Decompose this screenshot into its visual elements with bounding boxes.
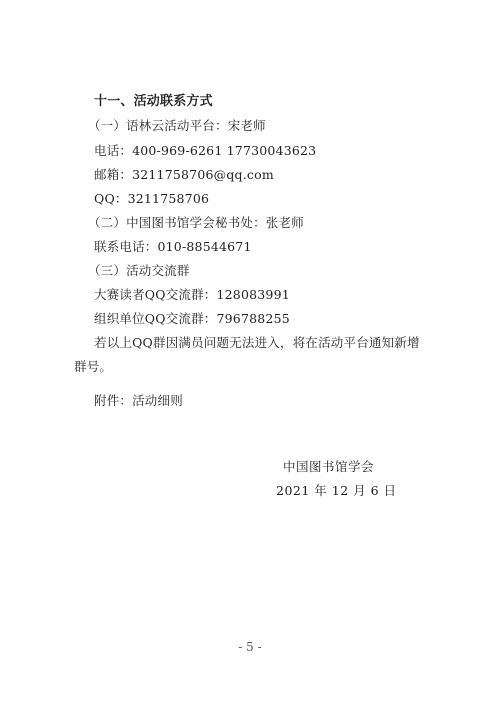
group-note-line1: 若以上QQ群因满员问题无法进入，将在活动平台通知新增 xyxy=(94,335,420,351)
contact2-phone: 联系电话：010-88544671 xyxy=(94,239,252,255)
section-heading: 十一、活动联系方式 xyxy=(94,94,213,110)
group-note-line2: 群号。 xyxy=(74,359,112,375)
signature-org: 中国图书馆学会 xyxy=(283,459,374,475)
contact1-title: （一）语林云活动平台：宋老师 xyxy=(88,118,266,134)
contact1-phone: 电话：400-969-6261 17730043623 xyxy=(94,143,316,159)
contact3-title: （三）活动交流群 xyxy=(88,263,190,279)
contact1-email: 邮箱：3211758706@qq.com xyxy=(94,167,274,183)
page-number: - 5 - xyxy=(0,640,500,654)
reader-qq-group: 大赛读者QQ交流群：128083991 xyxy=(94,287,290,303)
contact1-qq: QQ：3211758706 xyxy=(94,191,209,207)
attachment-label: 附件：活动细则 xyxy=(94,393,183,409)
signature-date: 2021 年 12 月 6 日 xyxy=(276,483,397,499)
contact2-title: （二）中国图书馆学会秘书处：张老师 xyxy=(88,215,304,231)
org-qq-group: 组织单位QQ交流群：796788255 xyxy=(94,311,290,327)
